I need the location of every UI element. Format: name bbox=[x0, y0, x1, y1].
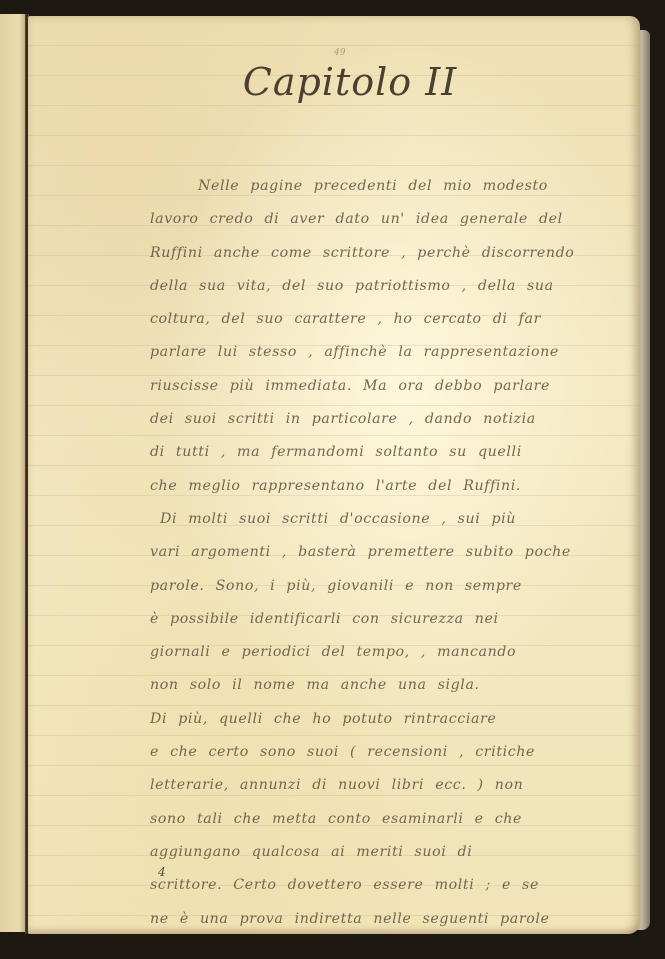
text-line: Ruffini anche come scrittore , perchè di… bbox=[150, 237, 640, 270]
text-line: lavoro credo di aver dato un' idea gener… bbox=[150, 203, 640, 236]
text-line: giornali e periodici del tempo, , mancan… bbox=[150, 636, 640, 669]
text-line: scrittore. Certo dovettero essere molti … bbox=[150, 869, 640, 902]
text-line: letterarie, annunzi di nuovi libri ecc. … bbox=[150, 769, 640, 802]
text-line: coltura, del suo carattere , ho cercato … bbox=[150, 303, 640, 336]
text-line: e che certo sono suoi ( recensioni , cri… bbox=[150, 736, 640, 769]
text-line: della sua vita, del suo patriottismo , d… bbox=[150, 270, 640, 303]
text-line: è possibile identificarli con sicurezza … bbox=[150, 603, 640, 636]
text-line: Di più, quelli che ho potuto rintracciar… bbox=[150, 703, 640, 736]
text-line: Nelle pagine precedenti del mio modesto bbox=[150, 170, 640, 203]
text-line: ne è una prova indiretta nelle seguenti … bbox=[150, 903, 640, 936]
text-line: parole. Sono, i più, giovanili e non sem… bbox=[150, 570, 640, 603]
facing-page-edge bbox=[0, 14, 27, 932]
text-line: di tutti , ma fermandomi soltanto su que… bbox=[150, 436, 640, 469]
text-line: non solo il nome ma anche una sigla. bbox=[150, 669, 640, 702]
text-line: Di molti suoi scritti d'occasione , sui … bbox=[150, 503, 640, 536]
text-line: che meglio rappresentano l'arte del Ruff… bbox=[150, 470, 640, 503]
text-line: dei suoi scritti in particolare , dando … bbox=[150, 403, 640, 436]
text-line: sono tali che metta conto esaminarli e c… bbox=[150, 803, 640, 836]
folio-mark: 49 bbox=[334, 48, 345, 58]
text-line: parlare lui stesso , affinchè la rappres… bbox=[150, 336, 640, 369]
text-line: aggiungano qualcosa ai meriti suoi di bbox=[150, 836, 640, 869]
text-line: vari argomenti , basterà premettere subi… bbox=[150, 536, 640, 569]
handwritten-body: Nelle pagine precedenti del mio modesto … bbox=[150, 170, 640, 936]
chapter-title: Capitolo II bbox=[230, 60, 470, 104]
text-line: riuscisse più immediata. Ma ora debbo pa… bbox=[150, 370, 640, 403]
page-number: 4 bbox=[158, 865, 166, 879]
